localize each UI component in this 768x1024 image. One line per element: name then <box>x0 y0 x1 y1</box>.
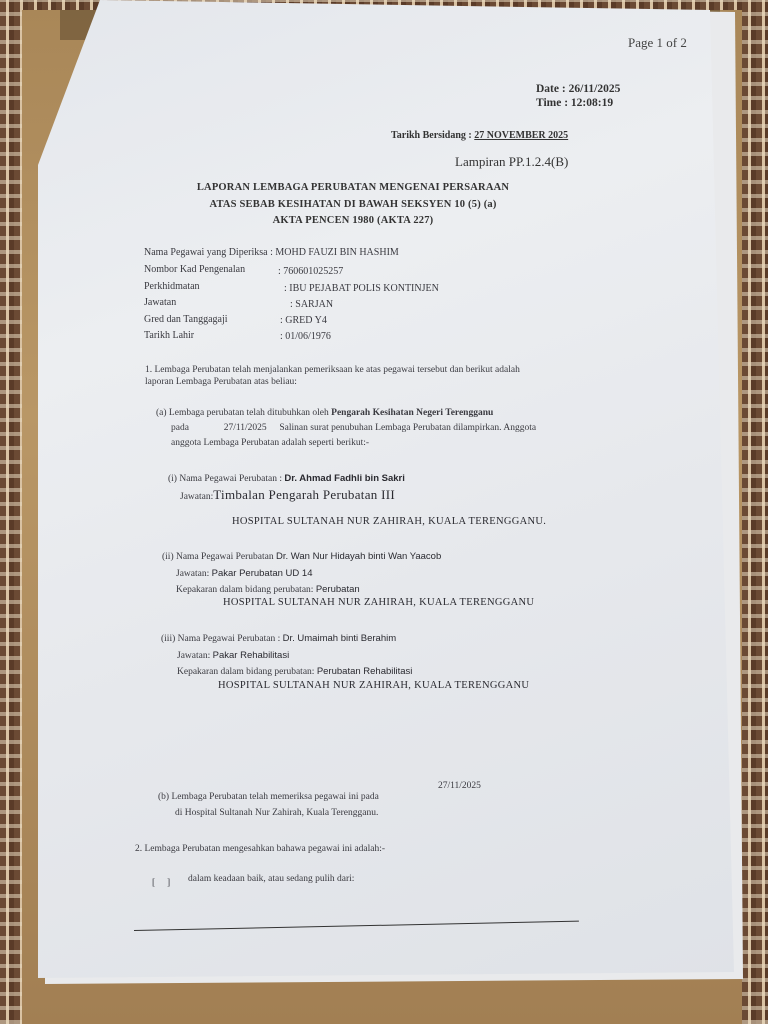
title-line-2: ATAS SEBAB KESIHATAN DI BAWAH SEKSYEN 10… <box>178 197 528 214</box>
section-1a-prefix: (a) Lembaga perubatan telah ditubuhkan o… <box>156 408 331 418</box>
condition-option-good: dalam keadaan baik, atau sedang pulih da… <box>188 874 354 884</box>
member-3-name-row: (iii) Nama Pegawai Perubatan : Dr. Umaim… <box>161 633 396 644</box>
member-3-expertise-label: Kepakaran dalam bidang perubatan: <box>177 667 317 677</box>
member-3-hospital: HOSPITAL SULTANAH NUR ZAHIRAH, KUALA TER… <box>218 680 529 691</box>
employee-post-label: Jawatan <box>144 297 176 308</box>
member-3-name: Dr. Umaimah binti Berahim <box>283 633 397 644</box>
member-2-post-label: Jawatan: <box>176 569 212 579</box>
employee-grade-value: : GRED Y4 <box>280 315 327 326</box>
print-time: Time : 12:08:19 <box>536 96 620 110</box>
section-1a: (a) Lembaga perubatan telah ditubuhkan o… <box>156 406 536 451</box>
member-3-post-label: Jawatan: <box>177 651 213 661</box>
employee-post-value: : SARJAN <box>290 299 333 310</box>
section-1a-rest: Salinan surat penubuhan Lembaga Perubata… <box>279 423 536 433</box>
employee-name-row: Nama Pegawai yang Diperiksa : MOHD FAUZI… <box>144 247 399 258</box>
employee-name-label: Nama Pegawai yang Diperiksa <box>144 247 268 258</box>
member-1-name-label: (i) Nama Pegawai Perubatan : <box>168 474 284 484</box>
sitting-date-value: 27 NOVEMBER 2025 <box>474 130 568 141</box>
section-1b-line-2: di Hospital Sultanah Nur Zahirah, Kuala … <box>175 808 378 818</box>
member-1-post-row: Jawatan:Timbalan Pengarah Perubatan III <box>180 487 395 503</box>
member-3-post: Pakar Rehabilitasi <box>213 650 290 661</box>
employee-name-value: : MOHD FAUZI BIN HASHIM <box>270 247 399 258</box>
member-2-expertise-label: Kepakaran dalam bidang perubatan: <box>176 585 316 595</box>
employee-ic-value: : 760601025257 <box>278 266 343 277</box>
sitting-date: Tarikh Bersidang : 27 NOVEMBER 2025 <box>391 130 568 141</box>
member-2-expertise-row: Kepakaran dalam bidang perubatan: Peruba… <box>176 584 360 595</box>
section-1a-line-1: (a) Lembaga perubatan telah ditubuhkan o… <box>156 406 536 421</box>
appendix-reference: Lampiran PP.1.2.4(B) <box>455 154 568 170</box>
board-formation-date: 27/11/2025 <box>224 423 267 433</box>
member-3-expertise: Perubatan Rehabilitasi <box>317 666 413 677</box>
section-1a-line-3: anggota Lembaga Perubatan adalah seperti… <box>156 436 536 451</box>
member-2-post: Pakar Perubatan UD 14 <box>212 568 313 579</box>
member-1-post: Timbalan Pengarah Perubatan III <box>213 487 395 502</box>
section-1-line-2: laporan Lembaga Perubatan atas beliau: <box>145 376 520 388</box>
employee-grade-label: Gred dan Tanggagaji <box>144 314 228 325</box>
sitting-date-label: Tarikh Bersidang : <box>391 130 474 141</box>
print-date: Date : 26/11/2025 <box>536 82 620 96</box>
member-1-name-row: (i) Nama Pegawai Perubatan : Dr. Ahmad F… <box>168 473 405 484</box>
print-datetime: Date : 26/11/2025 Time : 12:08:19 <box>536 82 620 110</box>
page-indicator: Page 1 of 2 <box>628 35 687 51</box>
section-1-line-1: 1. Lembaga Perubatan telah menjalankan p… <box>145 364 520 376</box>
employee-dob-label: Tarikh Lahir <box>144 330 194 341</box>
title-line-1: LAPORAN LEMBAGA PERUBATAN MENGENAI PERSA… <box>178 180 528 197</box>
member-1-post-label: Jawatan: <box>180 492 213 502</box>
section-1b-line-1: (b) Lembaga Perubatan telah memeriksa pe… <box>158 792 379 802</box>
member-2-hospital: HOSPITAL SULTANAH NUR ZAHIRAH, KUALA TER… <box>223 597 534 608</box>
member-2-expertise: Perubatan <box>316 584 360 595</box>
employee-dob-value: : 01/06/1976 <box>280 331 331 342</box>
document-page: Page 1 of 2 Date : 26/11/2025 Time : 12:… <box>28 0 740 985</box>
section-1a-pada: pada <box>171 423 189 433</box>
title-line-3: AKTA PENCEN 1980 (AKTA 227) <box>178 213 528 230</box>
employee-service-label: Perkhidmatan <box>144 281 200 292</box>
section-2-heading: 2. Lembaga Perubatan mengesahkan bahawa … <box>135 844 385 854</box>
member-1-name: Dr. Ahmad Fadhli bin Sakri <box>284 473 405 484</box>
section-1-intro: 1. Lembaga Perubatan telah menjalankan p… <box>145 364 520 388</box>
employee-ic-label: Nombor Kad Pengenalan <box>144 264 245 275</box>
member-3-expertise-row: Kepakaran dalam bidang perubatan: Peruba… <box>177 666 412 677</box>
member-2-name-label: (ii) Nama Pegawai Perubatan <box>162 552 276 562</box>
member-2-name: Dr. Wan Nur Hidayah binti Wan Yaacob <box>276 551 441 562</box>
document-title: LAPORAN LEMBAGA PERUBATAN MENGENAI PERSA… <box>178 180 528 230</box>
member-3-post-row: Jawatan: Pakar Rehabilitasi <box>177 650 289 661</box>
member-3-name-label: (iii) Nama Pegawai Perubatan : <box>161 634 283 644</box>
condition-checkbox[interactable]: [ ] <box>152 878 170 888</box>
member-2-post-row: Jawatan: Pakar Perubatan UD 14 <box>176 568 313 579</box>
signature-line <box>134 921 579 931</box>
examination-date: 27/11/2025 <box>438 781 481 791</box>
section-1a-line-2: pada 27/11/2025 Salinan surat penubuhan … <box>156 421 536 436</box>
appointing-authority: Pengarah Kesihatan Negeri Terengganu <box>331 408 493 418</box>
member-2-name-row: (ii) Nama Pegawai Perubatan Dr. Wan Nur … <box>162 551 441 562</box>
member-1-hospital: HOSPITAL SULTANAH NUR ZAHIRAH, KUALA TER… <box>232 516 546 527</box>
employee-service-value: : IBU PEJABAT POLIS KONTINJEN <box>284 283 439 294</box>
